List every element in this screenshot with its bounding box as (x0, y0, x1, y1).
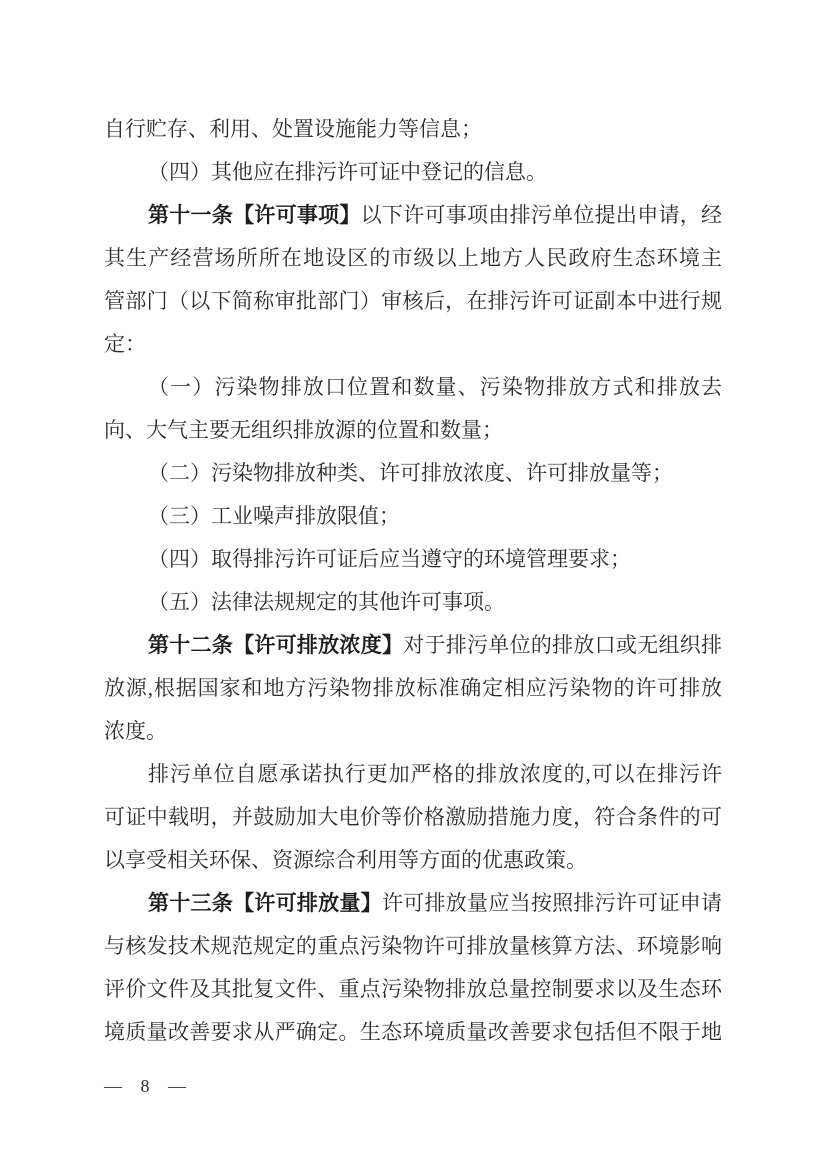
line-text: （四）其他应在排污许可证中登记的信息。 (148, 160, 547, 184)
text-line: （一）污染物排放口位置和数量、污染物排放方式和排放去 (104, 366, 722, 409)
line-text: 浓度。 (104, 719, 167, 743)
text-line: 评价文件及其批复文件、重点污染物排放总量控制要求以及生态环 (104, 968, 722, 1011)
line-text: 定： (104, 332, 146, 356)
text-line: （三）工业噪声排放限值； (104, 495, 722, 538)
article-heading: 第十一条【许可事项】 (148, 204, 361, 227)
document-body: 自行贮存、利用、处置设施能力等信息；（四）其他应在排污许可证中登记的信息。第十一… (104, 108, 722, 1054)
text-line: （二）污染物排放种类、许可排放浓度、许可排放量等； (104, 452, 722, 495)
text-line: （四）其他应在排污许可证中登记的信息。 (104, 151, 722, 194)
document-page: 自行贮存、利用、处置设施能力等信息；（四）其他应在排污许可证中登记的信息。第十一… (0, 0, 826, 1169)
text-line: 向、大气主要无组织排放源的位置和数量； (104, 409, 722, 452)
line-text: 向、大气主要无组织排放源的位置和数量； (104, 418, 503, 442)
page-number-text: — 8 — (104, 1076, 188, 1096)
paragraph: （四）取得排污许可证后应当遵守的环境管理要求； (104, 538, 722, 581)
text-line: 与核发技术规范规定的重点污染物许可排放量核算方法、环境影响 (104, 925, 722, 968)
line-text: （四）取得排污许可证后应当遵守的环境管理要求； (148, 547, 631, 571)
line-text: 对于排污单位的排放口或无组织排 (403, 633, 722, 657)
paragraph: （四）其他应在排污许可证中登记的信息。 (104, 151, 722, 194)
text-line: 可证中载明，并鼓励加大电价等价格激励措施力度，符合条件的可 (104, 796, 722, 839)
text-line: 以享受相关环保、资源综合利用等方面的优惠政策。 (104, 839, 722, 882)
line-text: 其生产经营场所所在地设区的市级以上地方人民政府生态环境主 (104, 246, 722, 270)
text-line: 排污单位自愿承诺执行更加严格的排放浓度的,可以在排污许 (104, 753, 722, 796)
line-text: 境质量改善要求从严确定。生态环境质量改善要求包括但不限于地 (104, 1020, 722, 1044)
text-line: （四）取得排污许可证后应当遵守的环境管理要求； (104, 538, 722, 581)
text-line: 浓度。 (104, 710, 722, 753)
paragraph: （五）法律法规规定的其他许可事项。 (104, 581, 722, 624)
line-text: （三）工业噪声排放限值； (148, 504, 400, 528)
page-number: — 8 — (104, 1072, 188, 1100)
text-line: 第十二条【许可排放浓度】对于排污单位的排放口或无组织排 (104, 624, 722, 667)
text-line: 第十一条【许可事项】以下许可事项由排污单位提出申请，经 (104, 194, 722, 237)
line-text: 管部门（以下简称审批部门）审核后，在排污许可证副本中进行规 (104, 289, 722, 313)
text-line: 定： (104, 323, 722, 366)
line-text: （五）法律法规规定的其他许可事项。 (148, 590, 505, 614)
line-text: 与核发技术规范规定的重点污染物许可排放量核算方法、环境影响 (104, 934, 722, 958)
text-line: （五）法律法规规定的其他许可事项。 (104, 581, 722, 624)
paragraph: 第十三条【许可排放量】许可排放量应当按照排污许可证申请与核发技术规范规定的重点污… (104, 882, 722, 1054)
line-text: 可证中载明，并鼓励加大电价等价格激励措施力度，符合条件的可 (104, 805, 722, 829)
text-line: 自行贮存、利用、处置设施能力等信息； (104, 108, 722, 151)
text-line: 境质量改善要求从严确定。生态环境质量改善要求包括但不限于地 (104, 1011, 722, 1054)
line-text: 放源,根据国家和地方污染物排放标准确定相应污染物的许可排放 (104, 676, 722, 700)
paragraph: （三）工业噪声排放限值； (104, 495, 722, 538)
paragraph: 第十二条【许可排放浓度】对于排污单位的排放口或无组织排放源,根据国家和地方污染物… (104, 624, 722, 753)
paragraph: 排污单位自愿承诺执行更加严格的排放浓度的,可以在排污许可证中载明，并鼓励加大电价… (104, 753, 722, 882)
line-text: （一）污染物排放口位置和数量、污染物排放方式和排放去 (148, 375, 722, 399)
article-heading: 第十三条【许可排放量】 (148, 892, 382, 915)
text-line: 第十三条【许可排放量】许可排放量应当按照排污许可证申请 (104, 882, 722, 925)
line-text: 排污单位自愿承诺执行更加严格的排放浓度的,可以在排污许 (148, 762, 722, 786)
paragraph: （一）污染物排放口位置和数量、污染物排放方式和排放去向、大气主要无组织排放源的位… (104, 366, 722, 452)
text-line: 放源,根据国家和地方污染物排放标准确定相应污染物的许可排放 (104, 667, 722, 710)
line-text: 自行贮存、利用、处置设施能力等信息； (104, 117, 482, 141)
paragraph: （二）污染物排放种类、许可排放浓度、许可排放量等； (104, 452, 722, 495)
text-line: 管部门（以下简称审批部门）审核后，在排污许可证副本中进行规 (104, 280, 722, 323)
line-text: 以享受相关环保、资源综合利用等方面的优惠政策。 (104, 848, 587, 872)
paragraph: 第十一条【许可事项】以下许可事项由排污单位提出申请，经其生产经营场所所在地设区的… (104, 194, 722, 366)
paragraph: 自行贮存、利用、处置设施能力等信息； (104, 108, 722, 151)
article-heading: 第十二条【许可排放浓度】 (148, 634, 403, 657)
line-text: 以下许可事项由排污单位提出申请，经 (361, 203, 722, 227)
line-text: 评价文件及其批复文件、重点污染物排放总量控制要求以及生态环 (104, 977, 722, 1001)
line-text: 许可排放量应当按照排污许可证申请 (382, 891, 722, 915)
text-line: 其生产经营场所所在地设区的市级以上地方人民政府生态环境主 (104, 237, 722, 280)
line-text: （二）污染物排放种类、许可排放浓度、许可排放量等； (148, 461, 673, 485)
